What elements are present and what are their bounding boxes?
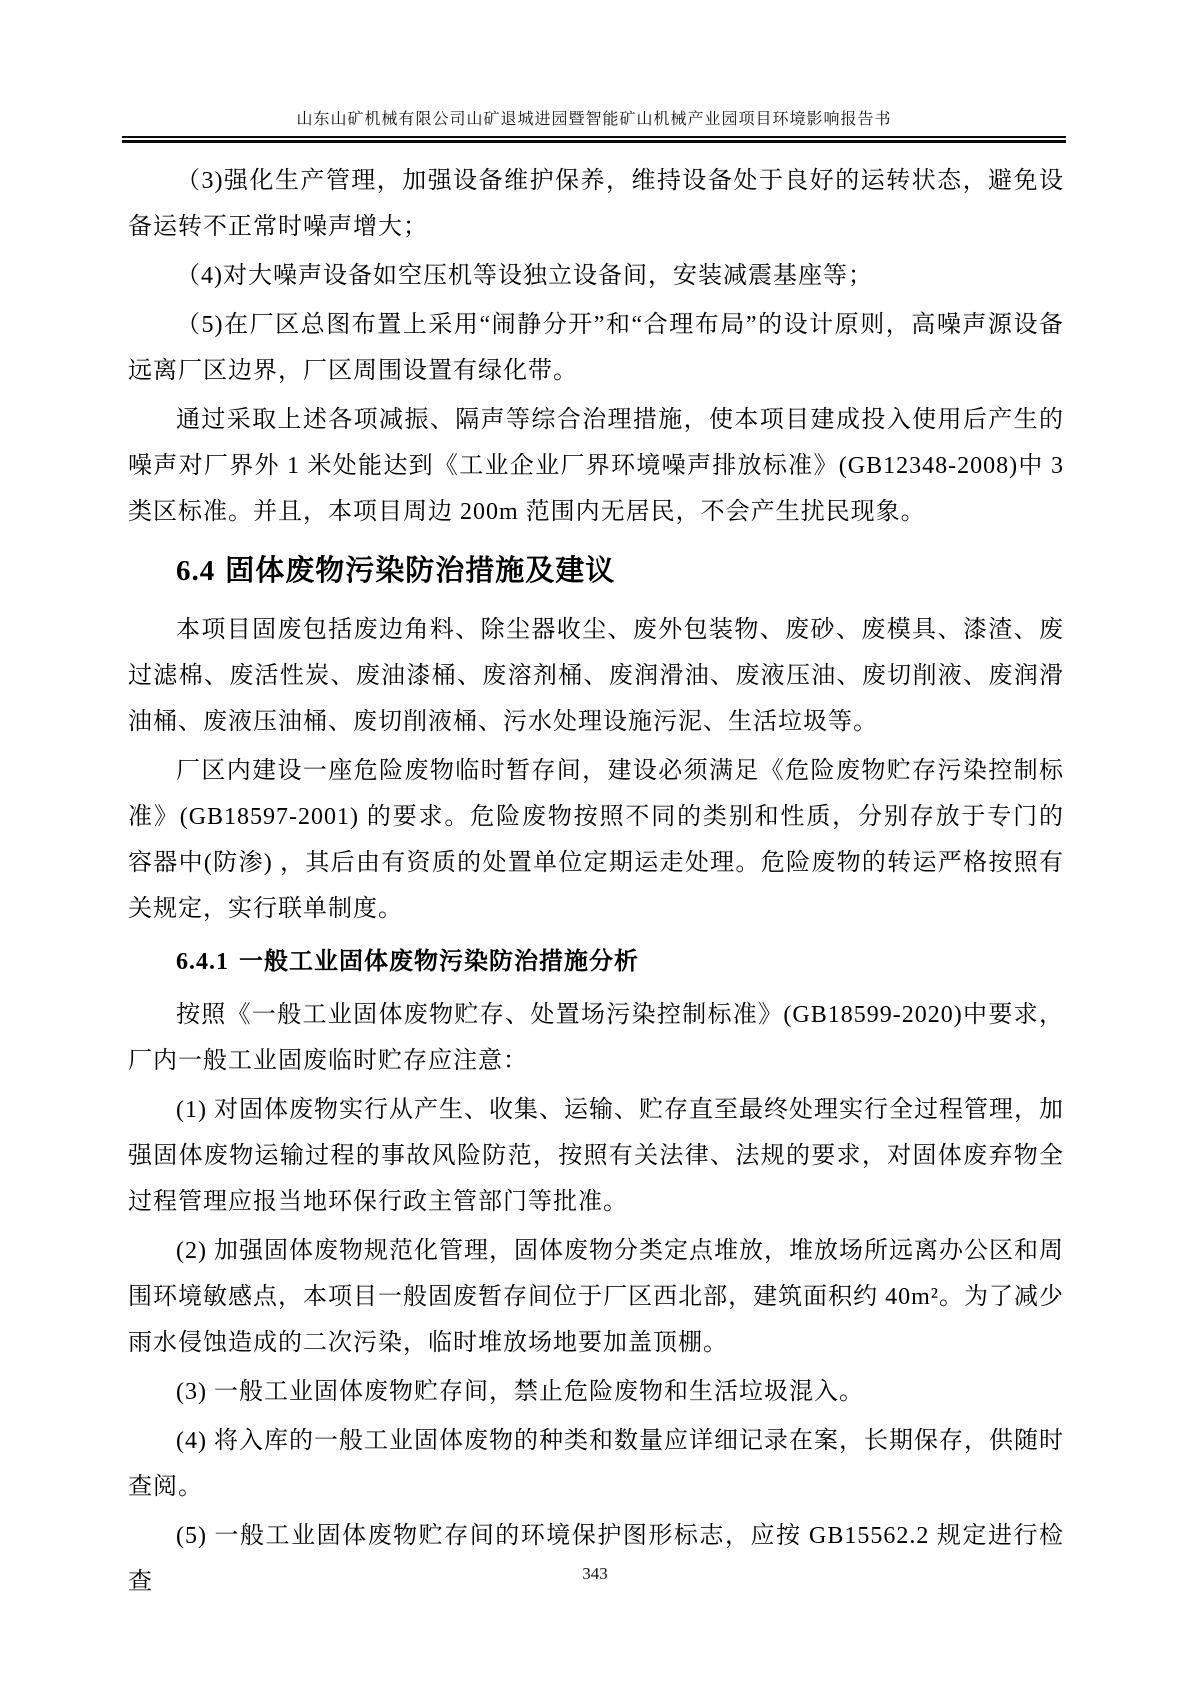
paragraph-noise-conclusion: 通过采取上述各项减振、隔声等综合治理措施，使本项目建成投入使用后产生的噪声对厂界… [128,397,1064,535]
paragraph-item-1: (1) 对固体废物实行从产生、收集、运输、贮存直至最终处理实行全过程管理，加强固… [128,1087,1064,1225]
paragraph-item-4: (4) 将入库的一般工业固体废物的种类和数量应详细记录在案，长期保存，供随时查阅… [128,1418,1064,1510]
paragraph-standard-intro: 按照《一般工业固体废物贮存、处置场污染控制标准》(GB18599-2020)中要… [128,992,1064,1084]
paragraph-noise-measure-3: （3)强化生产管理，加强设备维护保养，维持设备处于良好的运转状态，避免设备运转不… [128,158,1064,250]
paragraph-solid-waste-list: 本项目固废包括废边角料、除尘器收尘、废外包装物、废砂、废模具、漆渣、废过滤棉、废… [128,607,1064,745]
paragraph-item-2: (2) 加强固体废物规范化管理，固体废物分类定点堆放，堆放场所远离办公区和周围环… [128,1228,1064,1366]
paragraph-noise-measure-5: （5)在厂区总图布置上采用“闹静分开”和“合理布局”的设计原则，高噪声源设备远离… [128,302,1064,394]
document-body: （3)强化生产管理，加强设备维护保养，维持设备处于良好的运转状态，避免设备运转不… [128,158,1064,1608]
section-heading-6-4: 6.4固体废物污染防治措施及建议 [128,538,1064,604]
section-heading-6-4-title: 固体废物污染防治措施及建议 [225,555,615,587]
section-heading-6-4-1-title: 一般工业固体废物污染防治措施分析 [239,948,639,975]
footer-page-number: 343 [0,1564,1190,1584]
section-heading-6-4-1: 6.4.1一般工业固体废物污染防治措施分析 [128,935,1064,989]
paragraph-noise-measure-4: （4)对大噪声设备如空压机等设独立设备间，安装减震基座等； [128,253,1064,299]
paragraph-item-5: (5) 一般工业固体废物贮存间的环境保护图形标志，应按 GB15562.2 规定… [128,1513,1064,1605]
paragraph-hazardous-waste-storage: 厂区内建设一座危险废物临时暂存间，建设必须满足《危险废物贮存污染控制标准》(GB… [128,748,1064,932]
report-page: 山东山矿机械有限公司山矿退城进园暨智能矿山机械产业园项目环境影响报告书 （3)强… [0,0,1190,1683]
header-double-rule [122,136,1066,143]
section-heading-6-4-number: 6.4 [176,555,215,587]
paragraph-item-3: (3) 一般工业固体废物贮存间，禁止危险废物和生活垃圾混入。 [128,1369,1064,1415]
section-heading-6-4-1-number: 6.4.1 [176,949,229,975]
page-header-title: 山东山矿机械有限公司山矿退城进园暨智能矿山机械产业园项目环境影响报告书 [122,106,1066,129]
